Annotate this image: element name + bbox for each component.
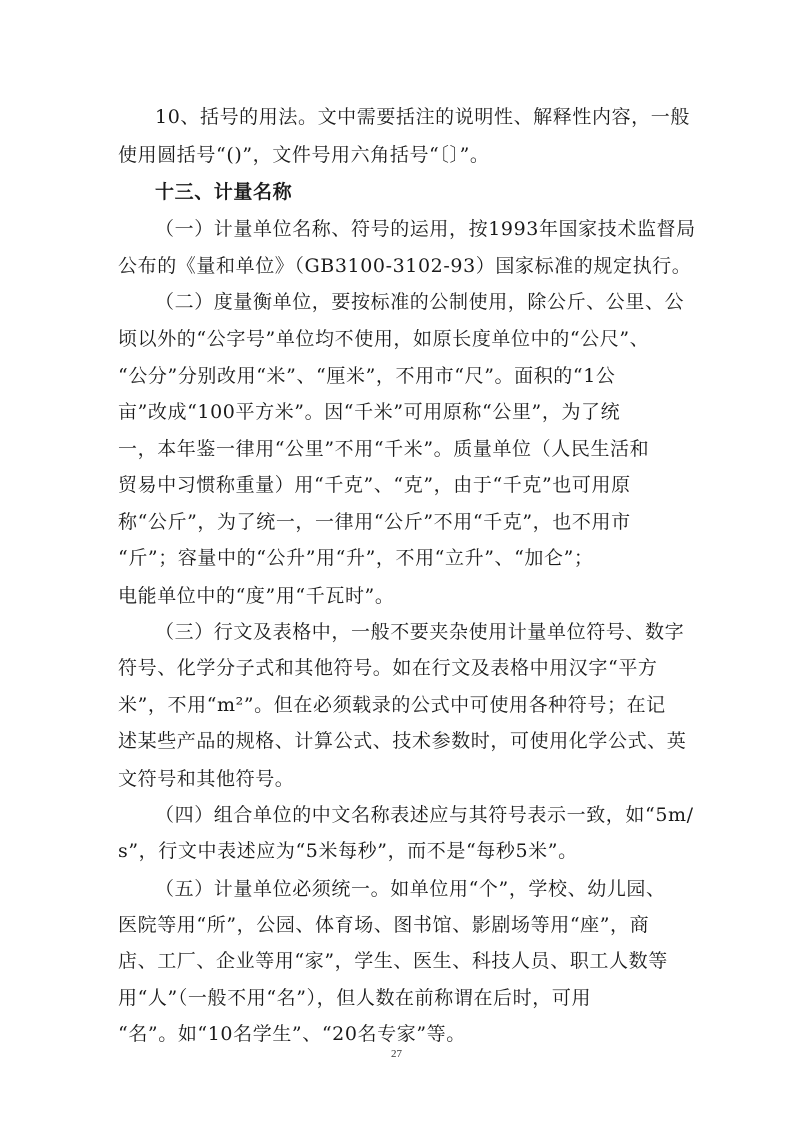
paragraph-line: 米”，不用“m²”。但在必须载录的公式中可使用各种符号；在记: [118, 693, 678, 717]
paragraph-line: （二）度量衡单位，要按标准的公制使用，除公斤、公里、公: [155, 290, 715, 314]
paragraph-line: （四）组合单位的中文名称表述应与其符号表示一致，如“5m/: [155, 803, 715, 827]
page-number: 27: [0, 1048, 793, 1060]
paragraph-line: 述某些产品的规格、计算公式、技术参数时，可使用化学公式、英: [118, 729, 678, 753]
paragraph-line: 使用圆括号“()”，文件号用六角括号“〔〕”。: [118, 143, 678, 167]
paragraph-line: 公布的《量和单位》（GB3100-3102-93）国家标准的规定执行。: [118, 254, 678, 278]
section-heading: 十三、计量名称: [155, 180, 715, 204]
paragraph-line: “名”。如“10名学生”、“20名专家”等。: [118, 1022, 678, 1046]
paragraph-line: 用“人”（一般不用“名”），但人数在前称谓在后时，可用: [118, 986, 678, 1010]
paragraph-line: 亩”改成“100平方米”。因“千米”可用原称“公里”，为了统: [118, 400, 678, 424]
paragraph-line: 电能单位中的“度”用“千瓦时”。: [118, 584, 678, 608]
paragraph-line: 称“公斤”，为了统一，一律用“公斤”不用“千克”，也不用市: [118, 510, 678, 534]
document-page: 10、括号的用法。文中需要括注的说明性、解释性内容，一般 使用圆括号“()”，文…: [0, 0, 793, 1122]
paragraph-line: 医院等用“所”，公园、体育场、图书馆、影剧场等用“座”，商: [118, 913, 678, 937]
paragraph-line: （三）行文及表格中，一般不要夹杂使用计量单位符号、数字: [155, 620, 715, 644]
paragraph-line: 店、工厂、企业等用“家”，学生、医生、科技人员、职工人数等: [118, 949, 678, 973]
paragraph-line: 顷以外的“公字号”单位均不使用，如原长度单位中的“公尺”、: [118, 327, 678, 351]
paragraph-line: “公分”分别改用“米”、“厘米”，不用市“尺”。面积的“1公: [118, 364, 678, 388]
paragraph-line: 贸易中习惯称重量）用“千克”、“克”，由于“千克”也可用原: [118, 473, 678, 497]
paragraph-line: s”，行文中表述应为“5米每秒”，而不是“每秒5米”。: [118, 839, 678, 863]
paragraph-line: 一，本年鉴一律用“公里”不用“千米”。质量单位（人民生活和: [118, 437, 678, 461]
paragraph-line: 10、括号的用法。文中需要括注的说明性、解释性内容，一般: [155, 105, 715, 129]
paragraph-line: 符号、化学分子式和其他符号。如在行文及表格中用汉字“平方: [118, 656, 678, 680]
paragraph-line: （五）计量单位必须统一。如单位用“个”，学校、幼儿园、: [155, 877, 715, 901]
paragraph-line: 文符号和其他符号。: [118, 767, 678, 791]
paragraph-line: “斤”；容量中的“公升”用“升”，不用“立升”、“加仑”；: [118, 546, 678, 570]
paragraph-line: （一）计量单位名称、符号的运用，按1993年国家技术监督局: [155, 217, 715, 241]
